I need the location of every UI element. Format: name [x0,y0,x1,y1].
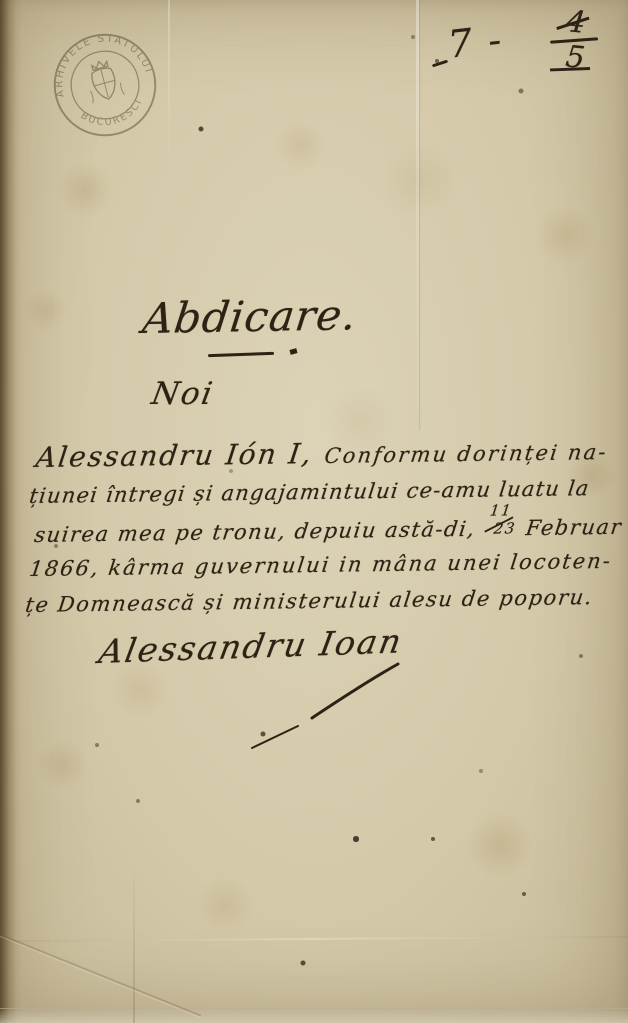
fold-crease [0,936,628,942]
stamp-top-text: ARHIVELE STATULUI [43,22,154,99]
body-line-5: țe Domnească și ministerului alesu de po… [24,585,595,617]
signature-flourish [238,658,413,758]
title-underline-dot [289,348,297,355]
manuscript-page: ARHIVELE STATULUI • BUCURESCI • 7 - 4 5 … [0,0,628,1023]
folio-fraction: 4 5 [543,5,606,76]
fold-crease [0,921,201,1017]
salutation: Noi [149,376,217,412]
body-line-4: 1866, kârma guvernului in mâna unei loco… [28,549,613,581]
date-fraction: 1123 [485,513,518,535]
page-bottom-edge [0,1008,628,1023]
svg-text:• BUCURESCI •: • BUCURESCI • [70,68,150,135]
fold-crease [168,0,170,170]
stamp-bottom-text: • BUCURESCI • [70,68,150,135]
body-line-3: suirea mea pe tronu, depuiu astă-di, 112… [33,512,624,547]
date-fraction-denominator: 23 [493,519,517,537]
binding-edge [0,0,22,1023]
title-underline [208,352,274,357]
svg-text:ARHIVELE STATULUI: ARHIVELE STATULUI [43,22,154,99]
ruler-name: Alessandru Ión I, [34,437,315,474]
folio-fraction-numerator: 4 [546,5,605,41]
coat-of-arms-icon [83,57,125,103]
body-line-1-rest: Conformu dorinței na- [323,440,609,468]
fold-crease [133,858,135,1023]
document-title: Abdicare. [140,290,360,343]
body-line-3-post: Februar [525,515,624,540]
folio-number: 7 - [446,17,505,67]
folio-fraction-denominator: 5 [546,39,605,77]
body-line-3-pre: suirea mea pe tronu, depuiu astă-di, [33,517,477,547]
archive-stamp: ARHIVELE STATULUI • BUCURESCI • [34,14,176,156]
fold-crease [416,0,419,430]
ink-dash [432,60,448,68]
body-line-1: Alessandru Ión I,Conformu dorinței na- [34,433,610,474]
